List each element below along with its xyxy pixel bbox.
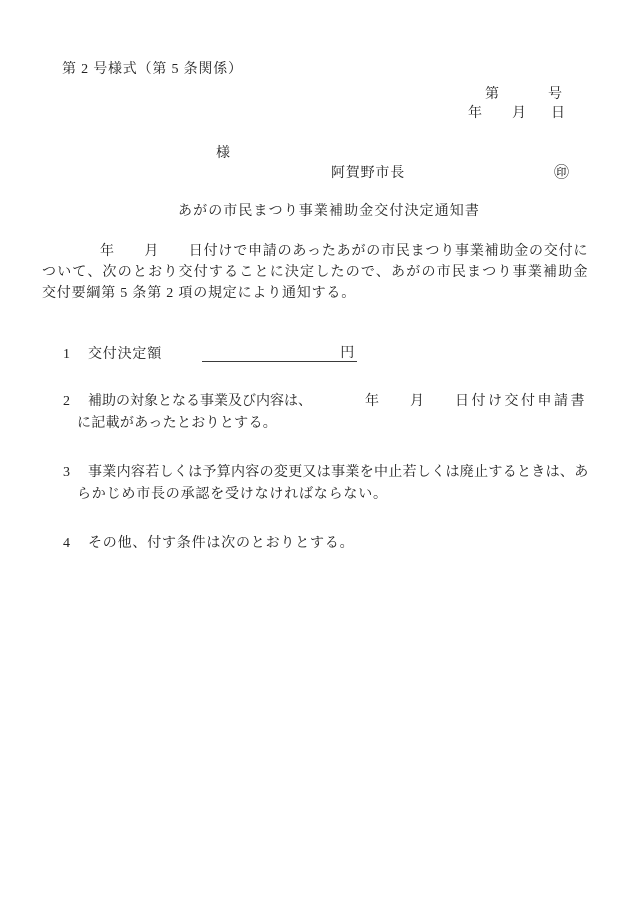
item-4-number: 4 [63, 536, 71, 551]
item-3-text-continued: らかじめ市長の承認を受けなければならない。 [77, 487, 388, 502]
doc-number-suffix: 号 [548, 87, 563, 102]
body-paragraph-line-3: 交付要綱第 5 条第 2 項の規定により通知する。 [0, 286, 630, 304]
year-label: 年 [468, 106, 483, 121]
addressee-line: 様 [0, 146, 630, 164]
item-4-text: その他、付す条件は次のとおりとする。 [88, 536, 354, 551]
item-2-text-suffix: 日付け交付申請書 [455, 394, 587, 409]
seal-mark-icon: ㊞ [554, 166, 569, 181]
currency-unit: 円 [340, 346, 355, 361]
form-number: 第 2 号様式（第 5 条関係） [62, 62, 243, 77]
addressee-honorific: 様 [216, 146, 231, 161]
day-label: 日 [551, 106, 566, 121]
document-page: 第 2 号様式（第 5 条関係） 第 号 年 月 日 様 阿賀野市長 ㊞ あがの… [0, 0, 630, 903]
item-1-label: 交付決定額 [88, 347, 162, 362]
item-2-line-2: に記載があったとおりとする。 [0, 416, 630, 434]
body-paragraph-line-1: 年 月 日付けで申請のあったあがの市民まつり事業補助金の交付に [0, 244, 630, 262]
body-text-2: ついて、次のとおり交付することに決定したので、あがの市民まつり事業補助金 [42, 265, 589, 280]
item-2-number: 2 [63, 394, 71, 409]
document-number-line: 第 号 [0, 87, 630, 105]
header-date-line: 年 月 日 [0, 106, 630, 124]
item-1-line: 1 交付決定額 円 [0, 347, 630, 365]
item-2-line-1: 2 補助の対象となる事業及び内容は、 年 月 日付け交付申請書 [0, 394, 630, 412]
item-2-month-label: 月 [410, 394, 425, 409]
item-3-number: 3 [63, 465, 70, 480]
item-2-text-continued: に記載があったとおりとする。 [77, 416, 277, 431]
document-title: あがの市民まつり事業補助金交付決定通知書 [178, 204, 480, 219]
item-2-text-prefix: 補助の対象となる事業及び内容は、 [88, 394, 312, 409]
month-label: 月 [512, 106, 527, 121]
body-paragraph-line-2: ついて、次のとおり交付することに決定したので、あがの市民まつり事業補助金 [0, 265, 630, 283]
body-text-1: 年 月 日付けで申請のあったあがの市民まつり事業補助金の交付に [100, 244, 588, 259]
item-3-line-1: 3 事業内容若しくは予算内容の変更又は事業を中止若しくは廃止するときは、あ [0, 465, 630, 483]
item-1-number: 1 [63, 347, 71, 362]
sender-name: 阿賀野市長 [331, 166, 405, 181]
item-3-line-2: らかじめ市長の承認を受けなければならない。 [0, 487, 630, 505]
amount-blank-underline: 円 [202, 346, 357, 362]
item-3-text: 事業内容若しくは予算内容の変更又は事業を中止若しくは廃止するときは、あ [88, 465, 589, 480]
body-text-3: 交付要綱第 5 条第 2 項の規定により通知する。 [42, 286, 356, 301]
form-number-line: 第 2 号様式（第 5 条関係） [0, 62, 630, 80]
doc-number-prefix: 第 [485, 87, 500, 102]
item-2-year-label: 年 [365, 394, 380, 409]
sender-line: 阿賀野市長 ㊞ [0, 166, 630, 184]
item-4-line: 4 その他、付す条件は次のとおりとする。 [0, 536, 630, 554]
document-title-line: あがの市民まつり事業補助金交付決定通知書 [0, 204, 630, 222]
